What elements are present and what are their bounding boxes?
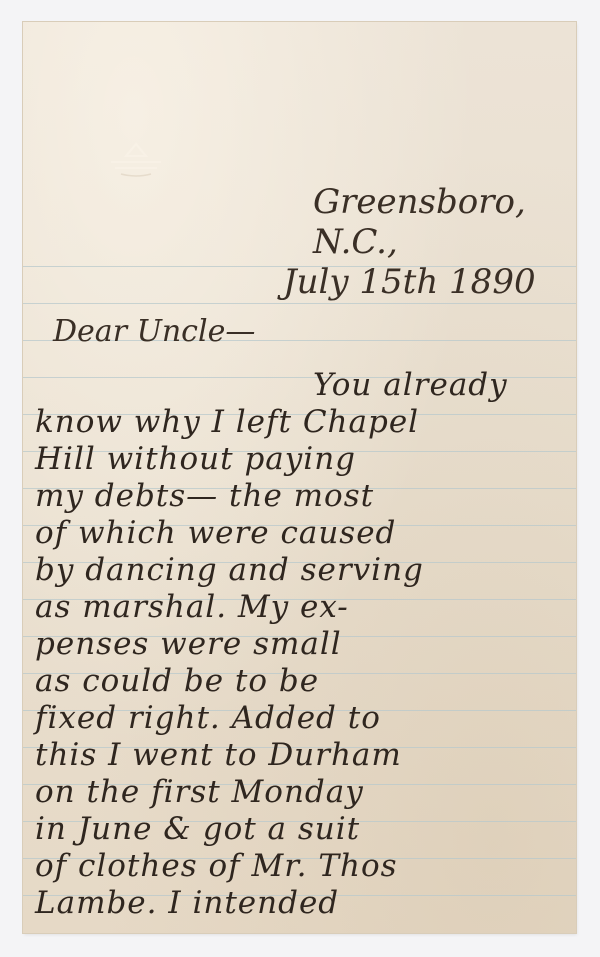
- body-line: of clothes of Mr. Thos: [23, 848, 576, 885]
- salutation: Dear Uncle—: [53, 314, 255, 349]
- body-line: penses were small: [23, 626, 576, 663]
- body-line: Hill without paying: [23, 441, 576, 478]
- embossed-stamp-icon: [101, 140, 171, 180]
- body-line: as marshal. My ex-: [23, 589, 576, 626]
- letter-place: Greensboro, N.C.,: [273, 182, 573, 262]
- body-line: as could be to be: [23, 663, 576, 700]
- letter-body: You already know why I left Chapel Hill …: [23, 367, 576, 922]
- body-line: in June & got a suit: [23, 811, 576, 848]
- body-line: know why I left Chapel: [23, 404, 576, 441]
- body-line: by dancing and serving: [23, 552, 576, 589]
- body-line: Lambe. I intended: [23, 885, 576, 922]
- body-line: of which were caused: [23, 515, 576, 552]
- letter-page: Greensboro, N.C., July 15th 1890 Dear Un…: [23, 22, 576, 933]
- body-line: this I went to Durham: [23, 737, 576, 774]
- body-line: on the first Monday: [23, 774, 576, 811]
- letter-date: July 15th 1890: [273, 262, 573, 302]
- body-line: fixed right. Added to: [23, 700, 576, 737]
- body-line: You already: [23, 367, 576, 404]
- letter-heading: Greensboro, N.C., July 15th 1890: [273, 182, 573, 302]
- body-line: my debts— the most: [23, 478, 576, 515]
